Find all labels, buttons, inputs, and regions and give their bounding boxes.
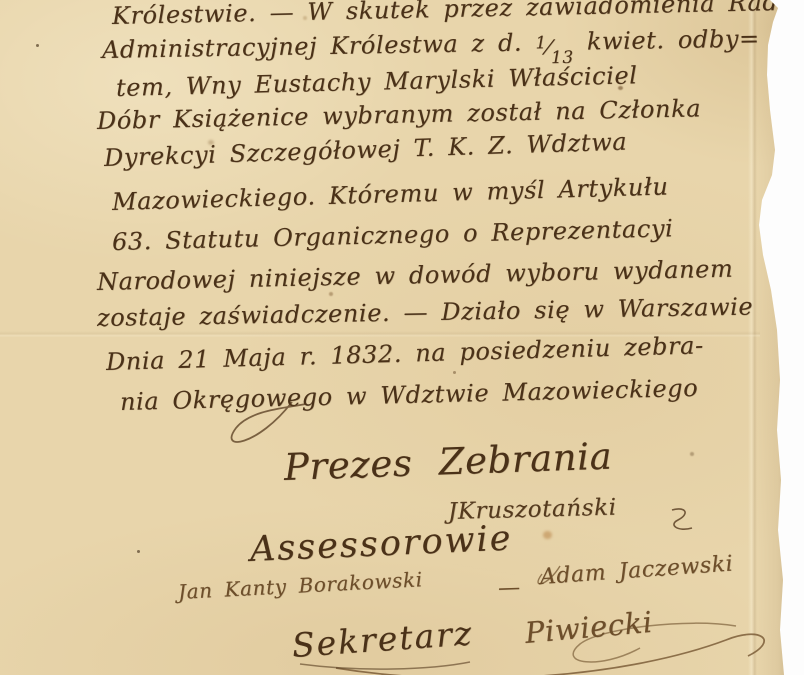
manuscript-line: Dyrekcyi Szczegółowej T. K. Z. Wdztwa xyxy=(104,128,628,172)
paper-stain xyxy=(543,531,552,539)
manuscript-line: 63. Statutu Organicznego o Reprezentacyi xyxy=(112,214,674,256)
secretary-signature: Piwiecki xyxy=(524,605,654,650)
secretary-title-flourish xyxy=(300,662,470,669)
president-title: Prezes Zebrania xyxy=(283,435,613,489)
paper-speck xyxy=(36,44,39,47)
manuscript-line: tem, Wny Eustachy Marylski Właściciel xyxy=(116,61,638,102)
ink-speck xyxy=(453,371,456,374)
manuscript-line-with-date-fraction: Administracyjnej Królestwa z d. 1⁄13 kwi… xyxy=(102,25,760,66)
document-page: Królestwie. — W skutek przez zawiadomien… xyxy=(0,0,804,675)
line2-prefix: Administracyjnej Królestwa z d. xyxy=(102,29,523,64)
ink-speck xyxy=(137,550,140,553)
date-fraction: 1⁄13 xyxy=(535,43,573,59)
vertical-fold-crease xyxy=(748,0,757,675)
manuscript-date-line: Dnia 21 Maja r. 1832. na posiedzeniu zeb… xyxy=(106,331,704,376)
signature-separator-dash: — xyxy=(498,575,521,601)
manuscript-line: nia Okręgowego w Wdztwie Mazowieckiego xyxy=(120,374,699,416)
torn-right-edge-shadow xyxy=(756,0,804,675)
paper-speck xyxy=(690,452,694,456)
manuscript-line: zostaje zaświadczenie. — Działo się w Wa… xyxy=(97,293,754,332)
paper-speck xyxy=(329,292,333,296)
secretary-title: Sekretarz xyxy=(291,613,475,665)
assessors-title: Assessorowie xyxy=(249,519,513,570)
president-paraph-flourish xyxy=(672,509,692,529)
manuscript-line: Narodowej niniejsze w dowód wyboru wydan… xyxy=(97,255,734,296)
line2-suffix: kwiet. odby= xyxy=(587,25,760,56)
assessor-signature-left: Jan Kanty Borakowski xyxy=(177,567,423,604)
scan-background: Królestwie. — W skutek przez zawiadomien… xyxy=(0,0,804,675)
assessor-signature-right: Adam Jaczewski xyxy=(539,552,734,590)
manuscript-line: Mazowieckiego. Któremu w myśl Artykułu xyxy=(112,172,669,216)
